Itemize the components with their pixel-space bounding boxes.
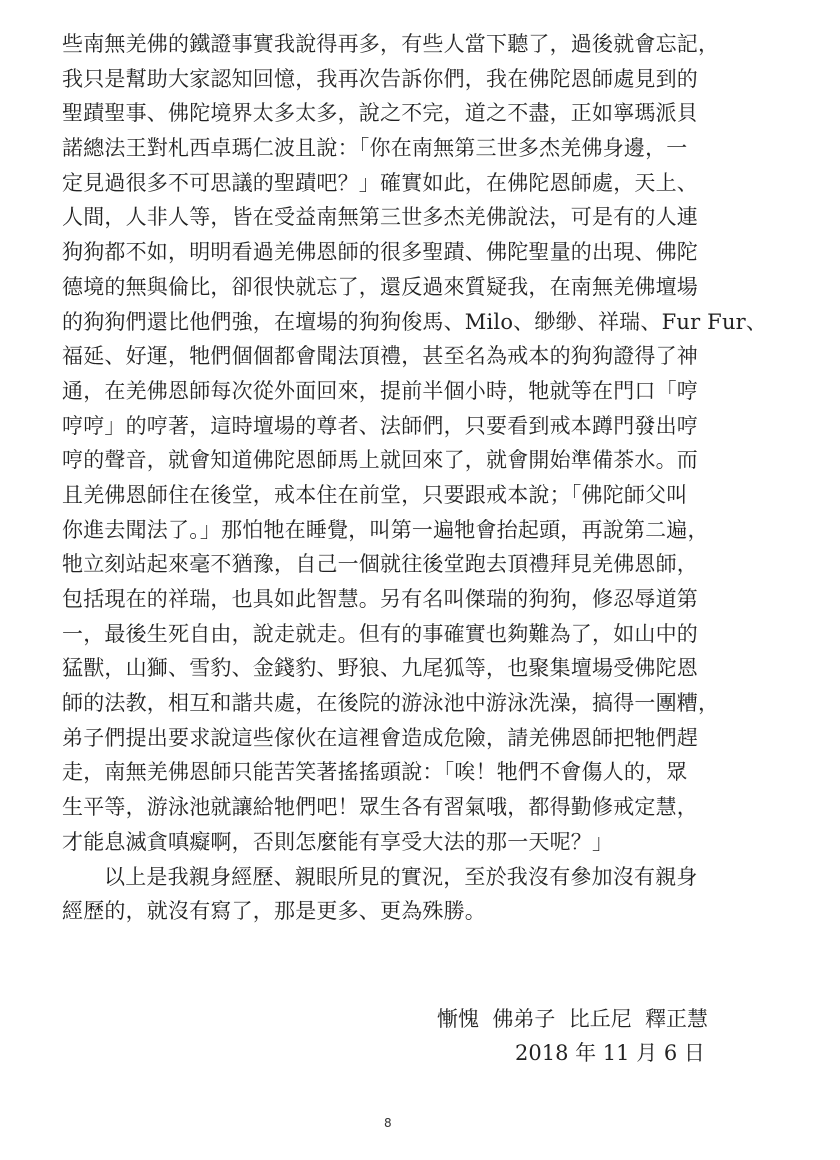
text-line: 通，在羌佛恩師每次從外面回來，提前半個小時，牠就等在門口「哼 — [62, 374, 722, 409]
text-line: 福延、好運，牠們個個都會聞法頂禮，甚至名為戒本的狗狗證得了神 — [62, 339, 722, 374]
signature-name: 慚愧 佛弟子 比丘尼 釋正慧 — [420, 1002, 720, 1036]
text-line: 諾總法王對札西卓瑪仁波且說：「你在南無第三世多杰羌佛身邊，一 — [62, 131, 722, 166]
text-line: 我只是幫助大家認知回憶，我再次告訴你們，我在佛陀恩師處見到的 — [62, 62, 722, 97]
text-line: 經歷的，就沒有寫了，那是更多、更為殊勝。 — [62, 894, 722, 929]
signature-block: 慚愧 佛弟子 比丘尼 釋正慧 2018 年 11 月 6 日 — [420, 1002, 720, 1070]
text-line: 哼的聲音，就會知道佛陀恩師馬上就回來了，就會開始準備茶水。而 — [62, 443, 722, 478]
page-number: 8 — [384, 1116, 392, 1130]
text-line: 聖蹟聖事、佛陀境界太多太多，說之不完，道之不盡，正如寧瑪派貝 — [62, 96, 722, 131]
text-line: 定見過很多不可思議的聖蹟吧？」確實如此，在佛陀恩師處，天上、 — [62, 166, 722, 201]
text-line: 人間，人非人等，皆在受益南無第三世多杰羌佛說法，可是有的人連 — [62, 200, 722, 235]
text-line: 牠立刻站起來毫不猶豫，自己一個就往後堂跑去頂禮拜見羌佛恩師， — [62, 547, 722, 582]
body-text: 些南無羌佛的鐵證事實我說得再多，有些人當下聽了，過後就會忘記， 我只是幫助大家認… — [62, 27, 722, 929]
text-line: 包括現在的祥瑞，也具如此智慧。另有名叫傑瑞的狗狗，修忍辱道第 — [62, 582, 722, 617]
text-line: 猛獸，山獅、雪豹、金錢豹、野狼、九尾狐等，也聚集壇場受佛陀恩 — [62, 651, 722, 686]
text-line: 才能息滅貪嗔癡啊，否則怎麼能有享受大法的那一天呢？」 — [62, 825, 722, 860]
text-line: 生平等，游泳池就讓給牠們吧！眾生各有習氣哦，都得勤修戒定慧， — [62, 790, 722, 825]
document-page: 些南無羌佛的鐵證事實我說得再多，有些人當下聽了，過後就會忘記， 我只是幫助大家認… — [0, 0, 840, 1160]
text-line: 哼哼」的哼著，這時壇場的尊者、法師們，只要看到戒本蹲門發出哼 — [62, 409, 722, 444]
text-line: 且羌佛恩師住在後堂，戒本住在前堂，只要跟戒本說；「佛陀師父叫 — [62, 478, 722, 513]
text-line: 德境的無與倫比，卻很快就忘了，還反過來質疑我，在南無羌佛壇場 — [62, 270, 722, 305]
text-line: 些南無羌佛的鐵證事實我說得再多，有些人當下聽了，過後就會忘記， — [62, 27, 722, 62]
text-line: 狗狗都不如，明明看過羌佛恩師的很多聖蹟、佛陀聖量的出現、佛陀 — [62, 235, 722, 270]
text-line: 的狗狗們還比他們強，在壇場的狗狗俊馬、Milo、缈缈、祥瑞、Fur Fur、 — [62, 305, 722, 340]
text-line: 你進去聞法了。」那怕牠在睡覺，叫第一遍牠會抬起頭，再說第二遍， — [62, 513, 722, 548]
paragraph-start-line: 以上是我親身經歷、親眼所見的實況，至於我沒有參加沒有親身 — [62, 860, 722, 895]
text-line: 弟子們提出要求說這些傢伙在這裡會造成危險，請羌佛恩師把牠們趕 — [62, 721, 722, 756]
text-line: 走，南無羌佛恩師只能苦笑著搖搖頭說：「唉！牠們不會傷人的，眾 — [62, 755, 722, 790]
text-line: 師的法教，相互和諧共處，在後院的游泳池中游泳洗澡，搞得一團糟， — [62, 686, 722, 721]
text-line: 一，最後生死自由，說走就走。但有的事確實也夠難為了，如山中的 — [62, 617, 722, 652]
signature-date: 2018 年 11 月 6 日 — [420, 1036, 720, 1070]
